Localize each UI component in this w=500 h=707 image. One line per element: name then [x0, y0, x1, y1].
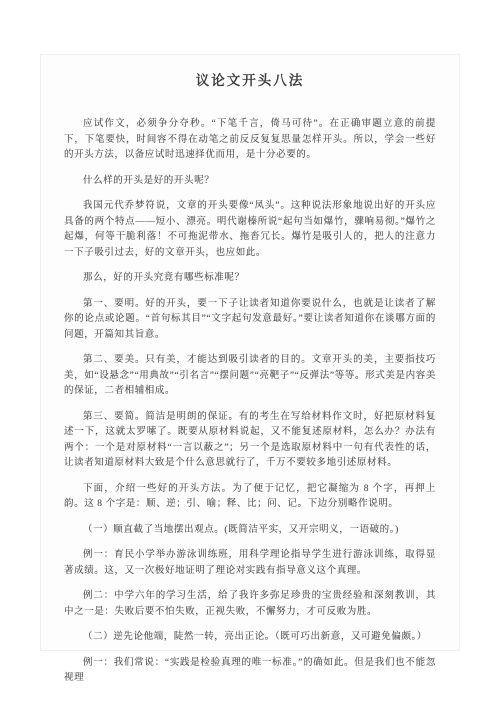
paragraph: 下面，介绍一些好的开头方法。为了便于记忆，把它凝缩为 8 个字，再押上韵。这 8…	[64, 482, 436, 513]
paragraph: 应试作文，必须争分夺秒。“下笔千言，倚马可待”。在正确审题立意的前提下，下笔要快…	[64, 117, 436, 164]
scanned-document-page: 议论文开头八法 应试作文，必须争分夺秒。“下笔千言，倚马可待”。在正确审题立意的…	[40, 54, 460, 651]
paragraph: 我国元代乔梦符说，文章的开头要像“凤头”。这种说法形象地说出好的开头应具备的两个…	[64, 199, 436, 261]
paragraph: 什么样的开头是好的开头呢？	[64, 174, 436, 190]
paragraph: 那么，好的开头究竟有哪些标准呢？	[64, 271, 436, 287]
paragraph: 例一：育民小学举办游泳训练班，用科学理论指导学生进行游泳训练，取得显著成绩。这，…	[64, 548, 436, 579]
paragraph: 例一：我们常说：“实践是检验真理的唯一标准。”的确如此。但是我们也不能忽视理	[64, 656, 436, 687]
paragraph: （一）顺直截了当地摆出观点。(既简洁平实，又开宗明义，一语破的。)	[64, 523, 436, 539]
paragraph: 第一、要明。好的开头，要一下子让读者知道你要说什么，也就是让读者了解你的论点或论…	[64, 297, 436, 344]
document-body: 应试作文，必须争分夺秒。“下笔千言，倚马可待”。在正确审题立意的前提下，下笔要快…	[64, 117, 436, 687]
paragraph: 第二、要美。只有美，才能达到吸引读者的目的。文章开头的美，主要指技巧美，如“设悬…	[64, 353, 436, 400]
paragraph: （二）逆先论他端，陡然一转，亮出正论。（既可巧出新意，又可避免偏颇。）	[64, 630, 436, 646]
paragraph: 例二：中学六年的学习生活，给了我许多弥足珍贵的宝贵经验和深刻教训，其中之一是：失…	[64, 589, 436, 620]
document-title: 议论文开头八法	[64, 69, 436, 89]
paragraph: 第三、要简。简洁是明朗的保证。有的考生在写给材料作文时，好把原材料复述一下，这就…	[64, 410, 436, 472]
page-viewport: 议论文开头八法 应试作文，必须争分夺秒。“下笔千言，倚马可待”。在正确审题立意的…	[0, 0, 500, 707]
